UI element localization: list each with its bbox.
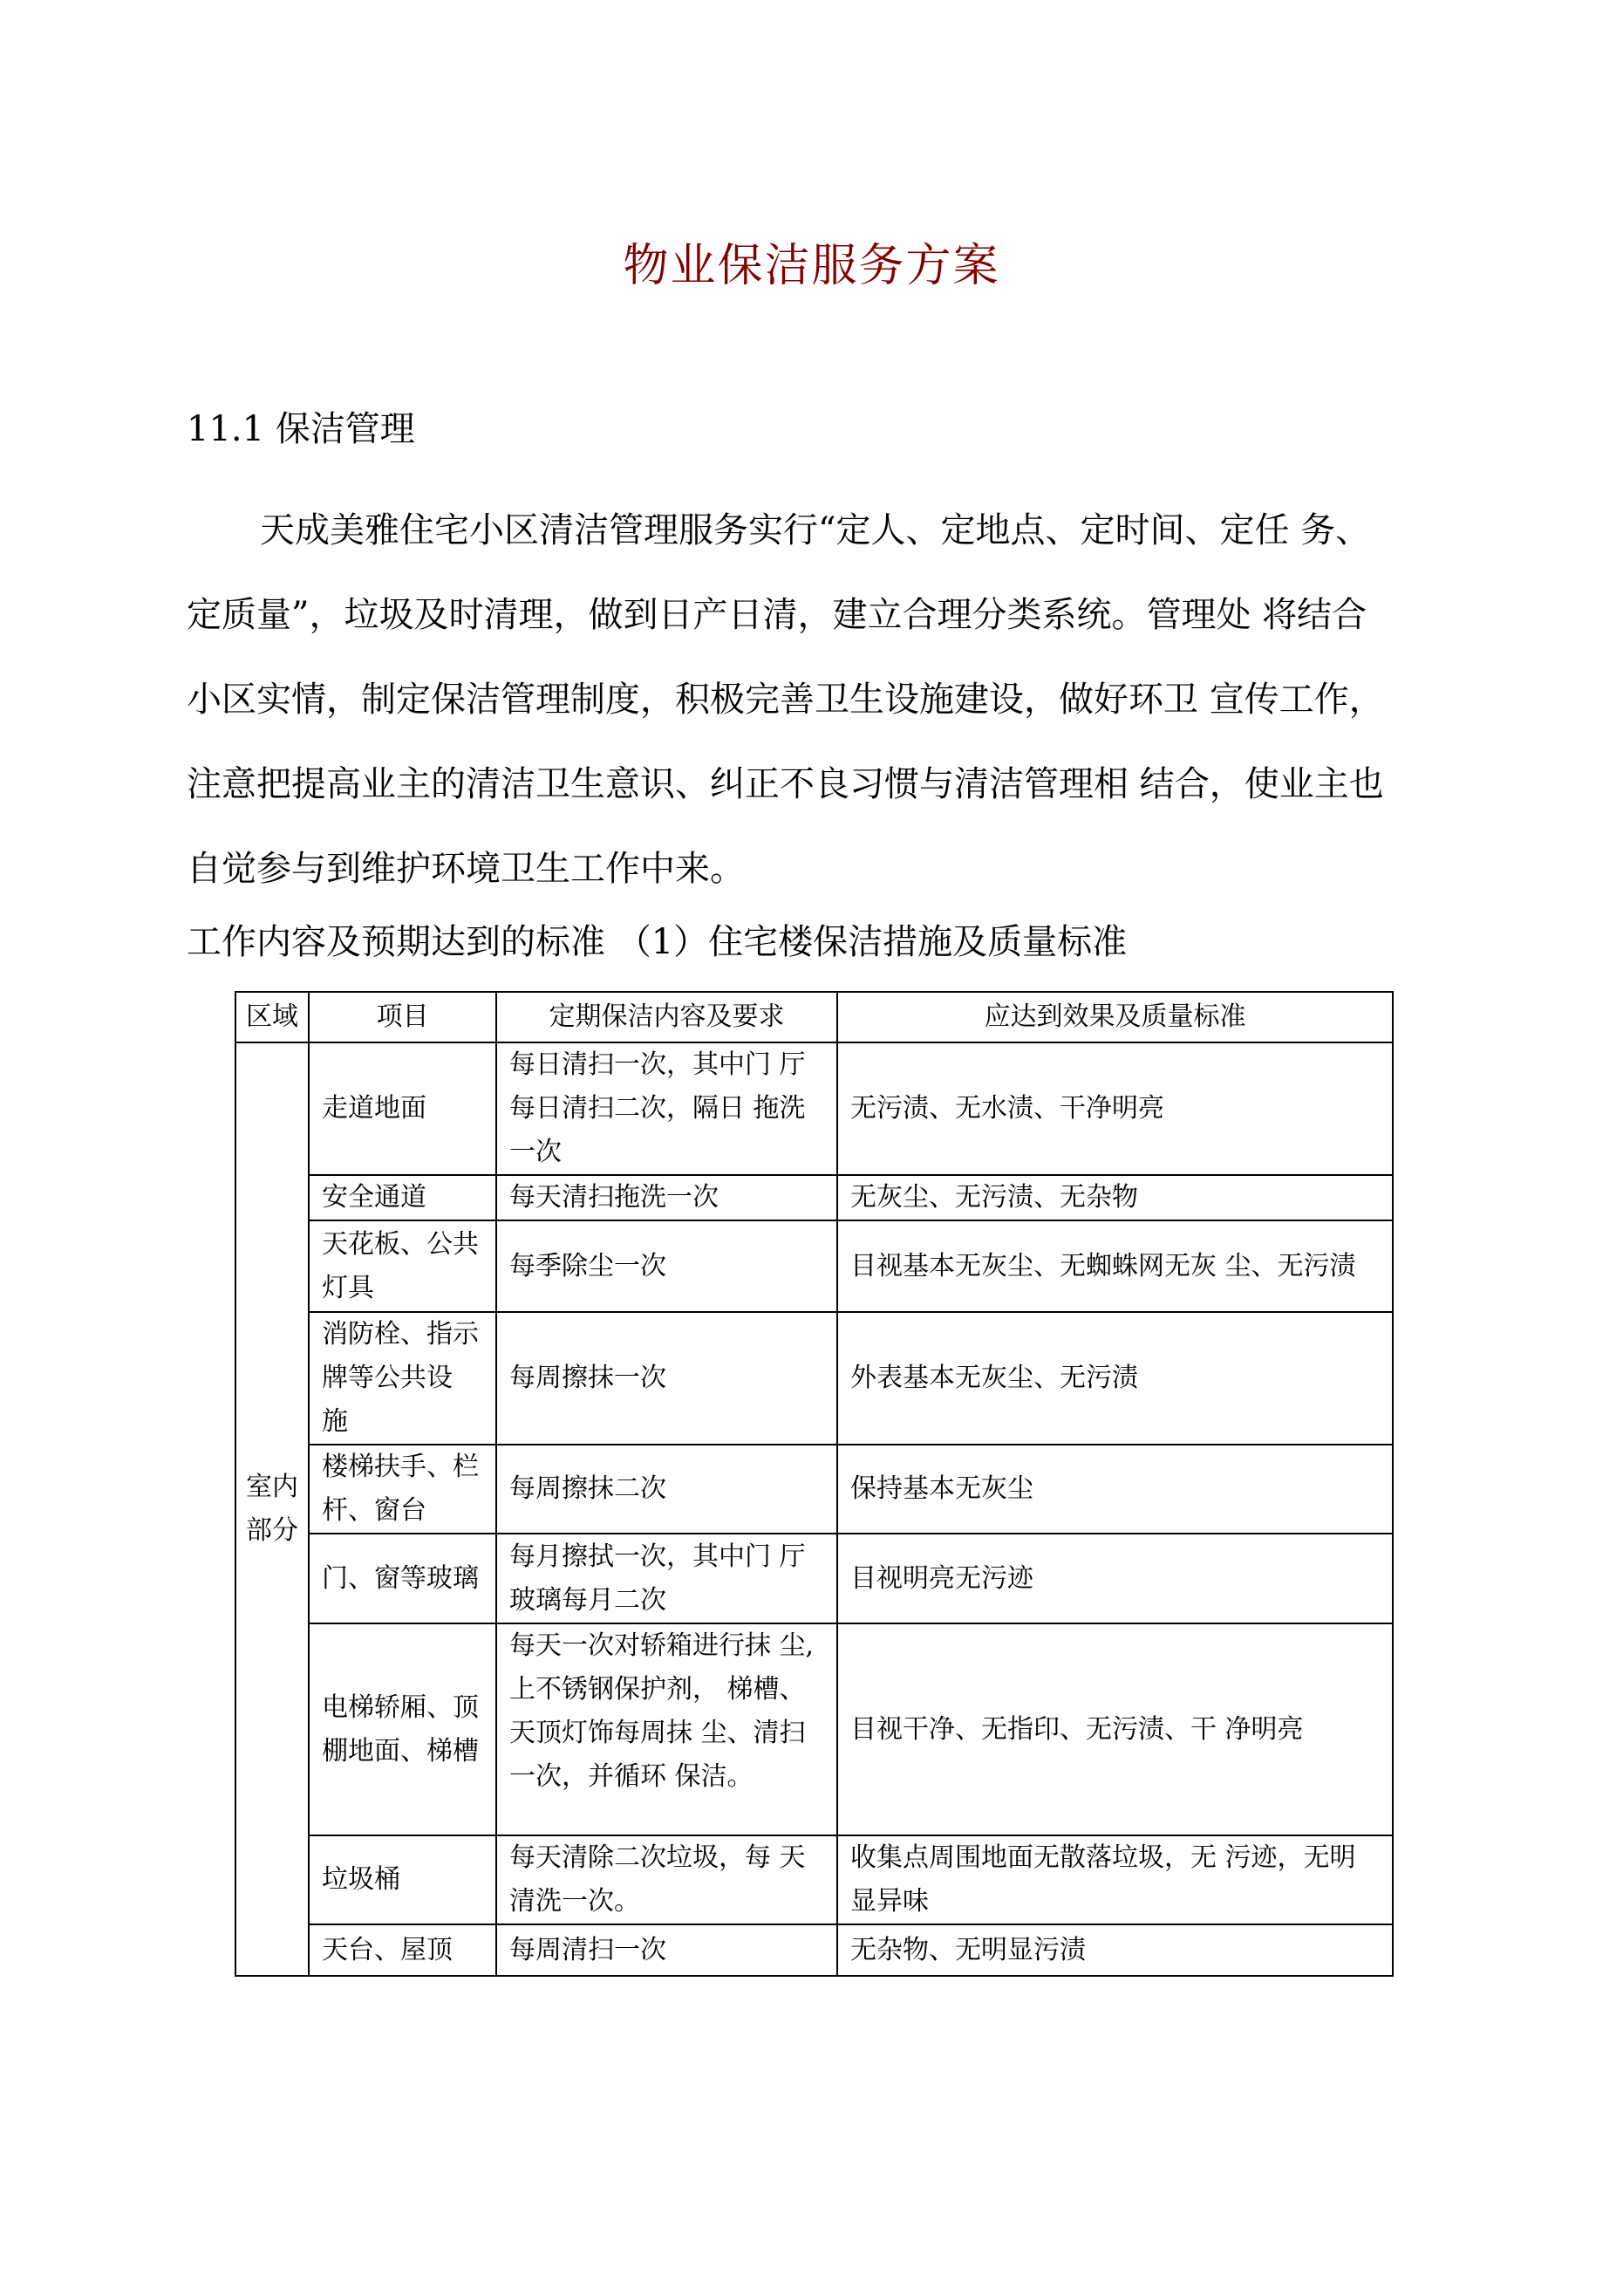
section-heading: 11.1 保洁管理 (187, 401, 415, 451)
item-cell: 安全通道 (309, 1175, 496, 1220)
paragraph-line: 自觉参与到维护环境卫生工作中来。 (187, 827, 1460, 912)
standard-cell: 无污渍、无水渍、干净明亮 (837, 1042, 1393, 1175)
cleaning-standards-table: 区域 项目 定期保洁内容及要求 应达到效果及质量标准 室内 部分走道地面每日清扫… (235, 991, 1394, 1977)
content-cell: 每周擦抹二次 (496, 1445, 837, 1534)
paragraph-line: 天成美雅住宅小区清洁管理服务实行“定人、定地点、定时间、定任 务、 (187, 489, 1460, 573)
header-content: 定期保洁内容及要求 (496, 992, 837, 1042)
standard-cell: 目视基本无灰尘、无蜘蛛网无灰 尘、无污渍 (837, 1220, 1393, 1312)
item-cell: 电梯轿厢、顶棚地面、梯槽 (309, 1623, 496, 1835)
content-cell: 每天一次对轿箱进行抹 尘,上不锈钢保护剂， 梯槽、天顶灯饰每周抹 尘、清扫一次，… (496, 1623, 837, 1835)
standard-cell: 无灰尘、无污渍、无杂物 (837, 1175, 1393, 1220)
content-cell: 每天清除二次垃圾，每 天清洗一次。 (496, 1835, 837, 1924)
item-cell: 垃圾桶 (309, 1835, 496, 1924)
item-cell: 消防栓、指示牌等公共设 施 (309, 1312, 496, 1445)
table-row: 消防栓、指示牌等公共设 施每周擦抹一次外表基本无灰尘、无污渍 (235, 1312, 1393, 1445)
item-cell: 走道地面 (309, 1042, 496, 1175)
area-cell: 室内 部分 (235, 1042, 309, 1976)
document-title: 物业保洁服务方案 (0, 229, 1623, 294)
content-cell: 每日清扫一次，其中门 厅每日清扫二次，隔日 拖洗一次 (496, 1042, 837, 1175)
content-cell: 每周清扫一次 (496, 1924, 837, 1976)
item-cell: 楼梯扶手、栏杆、窗台 (309, 1445, 496, 1534)
standard-cell: 外表基本无灰尘、无污渍 (837, 1312, 1393, 1445)
content-cell: 每月擦拭一次，其中门 厅玻璃每月二次 (496, 1534, 837, 1623)
standard-cell: 无杂物、无明显污渍 (837, 1924, 1393, 1976)
table-row: 电梯轿厢、顶棚地面、梯槽每天一次对轿箱进行抹 尘,上不锈钢保护剂， 梯槽、天顶灯… (235, 1623, 1393, 1835)
content-cell: 每季除尘一次 (496, 1220, 837, 1312)
table-header-row: 区域 项目 定期保洁内容及要求 应达到效果及质量标准 (235, 992, 1393, 1042)
table-row: 室内 部分走道地面每日清扫一次，其中门 厅每日清扫二次，隔日 拖洗一次无污渍、无… (235, 1042, 1393, 1175)
header-standard: 应达到效果及质量标准 (837, 992, 1393, 1042)
standard-cell: 目视明亮无污迹 (837, 1534, 1393, 1623)
standard-cell: 保持基本无灰尘 (837, 1445, 1393, 1534)
paragraph-line: 小区实情，制定保洁管理制度，积极完善卫生设施建设，做好环卫 宣传工作， (187, 658, 1460, 742)
header-item: 项目 (309, 992, 496, 1042)
standard-cell: 收集点周围地面无散落垃圾，无 污迹，无明显异味 (837, 1835, 1393, 1924)
header-area: 区域 (235, 992, 309, 1042)
table-row: 门、窗等玻璃每月擦拭一次，其中门 厅玻璃每月二次目视明亮无污迹 (235, 1534, 1393, 1623)
item-cell: 天花板、公共灯具 (309, 1220, 496, 1312)
table-row: 垃圾桶每天清除二次垃圾，每 天清洗一次。收集点周围地面无散落垃圾，无 污迹，无明… (235, 1835, 1393, 1924)
standard-cell: 目视干净、无指印、无污渍、干 净明亮 (837, 1623, 1393, 1835)
item-cell: 天台、屋顶 (309, 1924, 496, 1976)
item-cell: 门、窗等玻璃 (309, 1534, 496, 1623)
table-row: 天台、屋顶每周清扫一次无杂物、无明显污渍 (235, 1924, 1393, 1976)
paragraph-line: 定质量”，垃圾及时清理，做到日产日清，建立合理分类系统。管理处 将结合 (187, 573, 1460, 658)
content-cell: 每天清扫拖洗一次 (496, 1175, 837, 1220)
table-row: 安全通道每天清扫拖洗一次无灰尘、无污渍、无杂物 (235, 1175, 1393, 1220)
table-row: 天花板、公共灯具每季除尘一次目视基本无灰尘、无蜘蛛网无灰 尘、无污渍 (235, 1220, 1393, 1312)
table-row: 楼梯扶手、栏杆、窗台每周擦抹二次保持基本无灰尘 (235, 1445, 1393, 1534)
intro-paragraph: 天成美雅住宅小区清洁管理服务实行“定人、定地点、定时间、定任 务、 定质量”，垃… (187, 489, 1460, 912)
paragraph-line: 注意把提高业主的清洁卫生意识、纠正不良习惯与清洁管理相 结合，使业主也 (187, 742, 1460, 827)
table-caption: 工作内容及预期达到的标准 （1）住宅楼保洁措施及质量标准 (187, 914, 1127, 964)
content-cell: 每周擦抹一次 (496, 1312, 837, 1445)
